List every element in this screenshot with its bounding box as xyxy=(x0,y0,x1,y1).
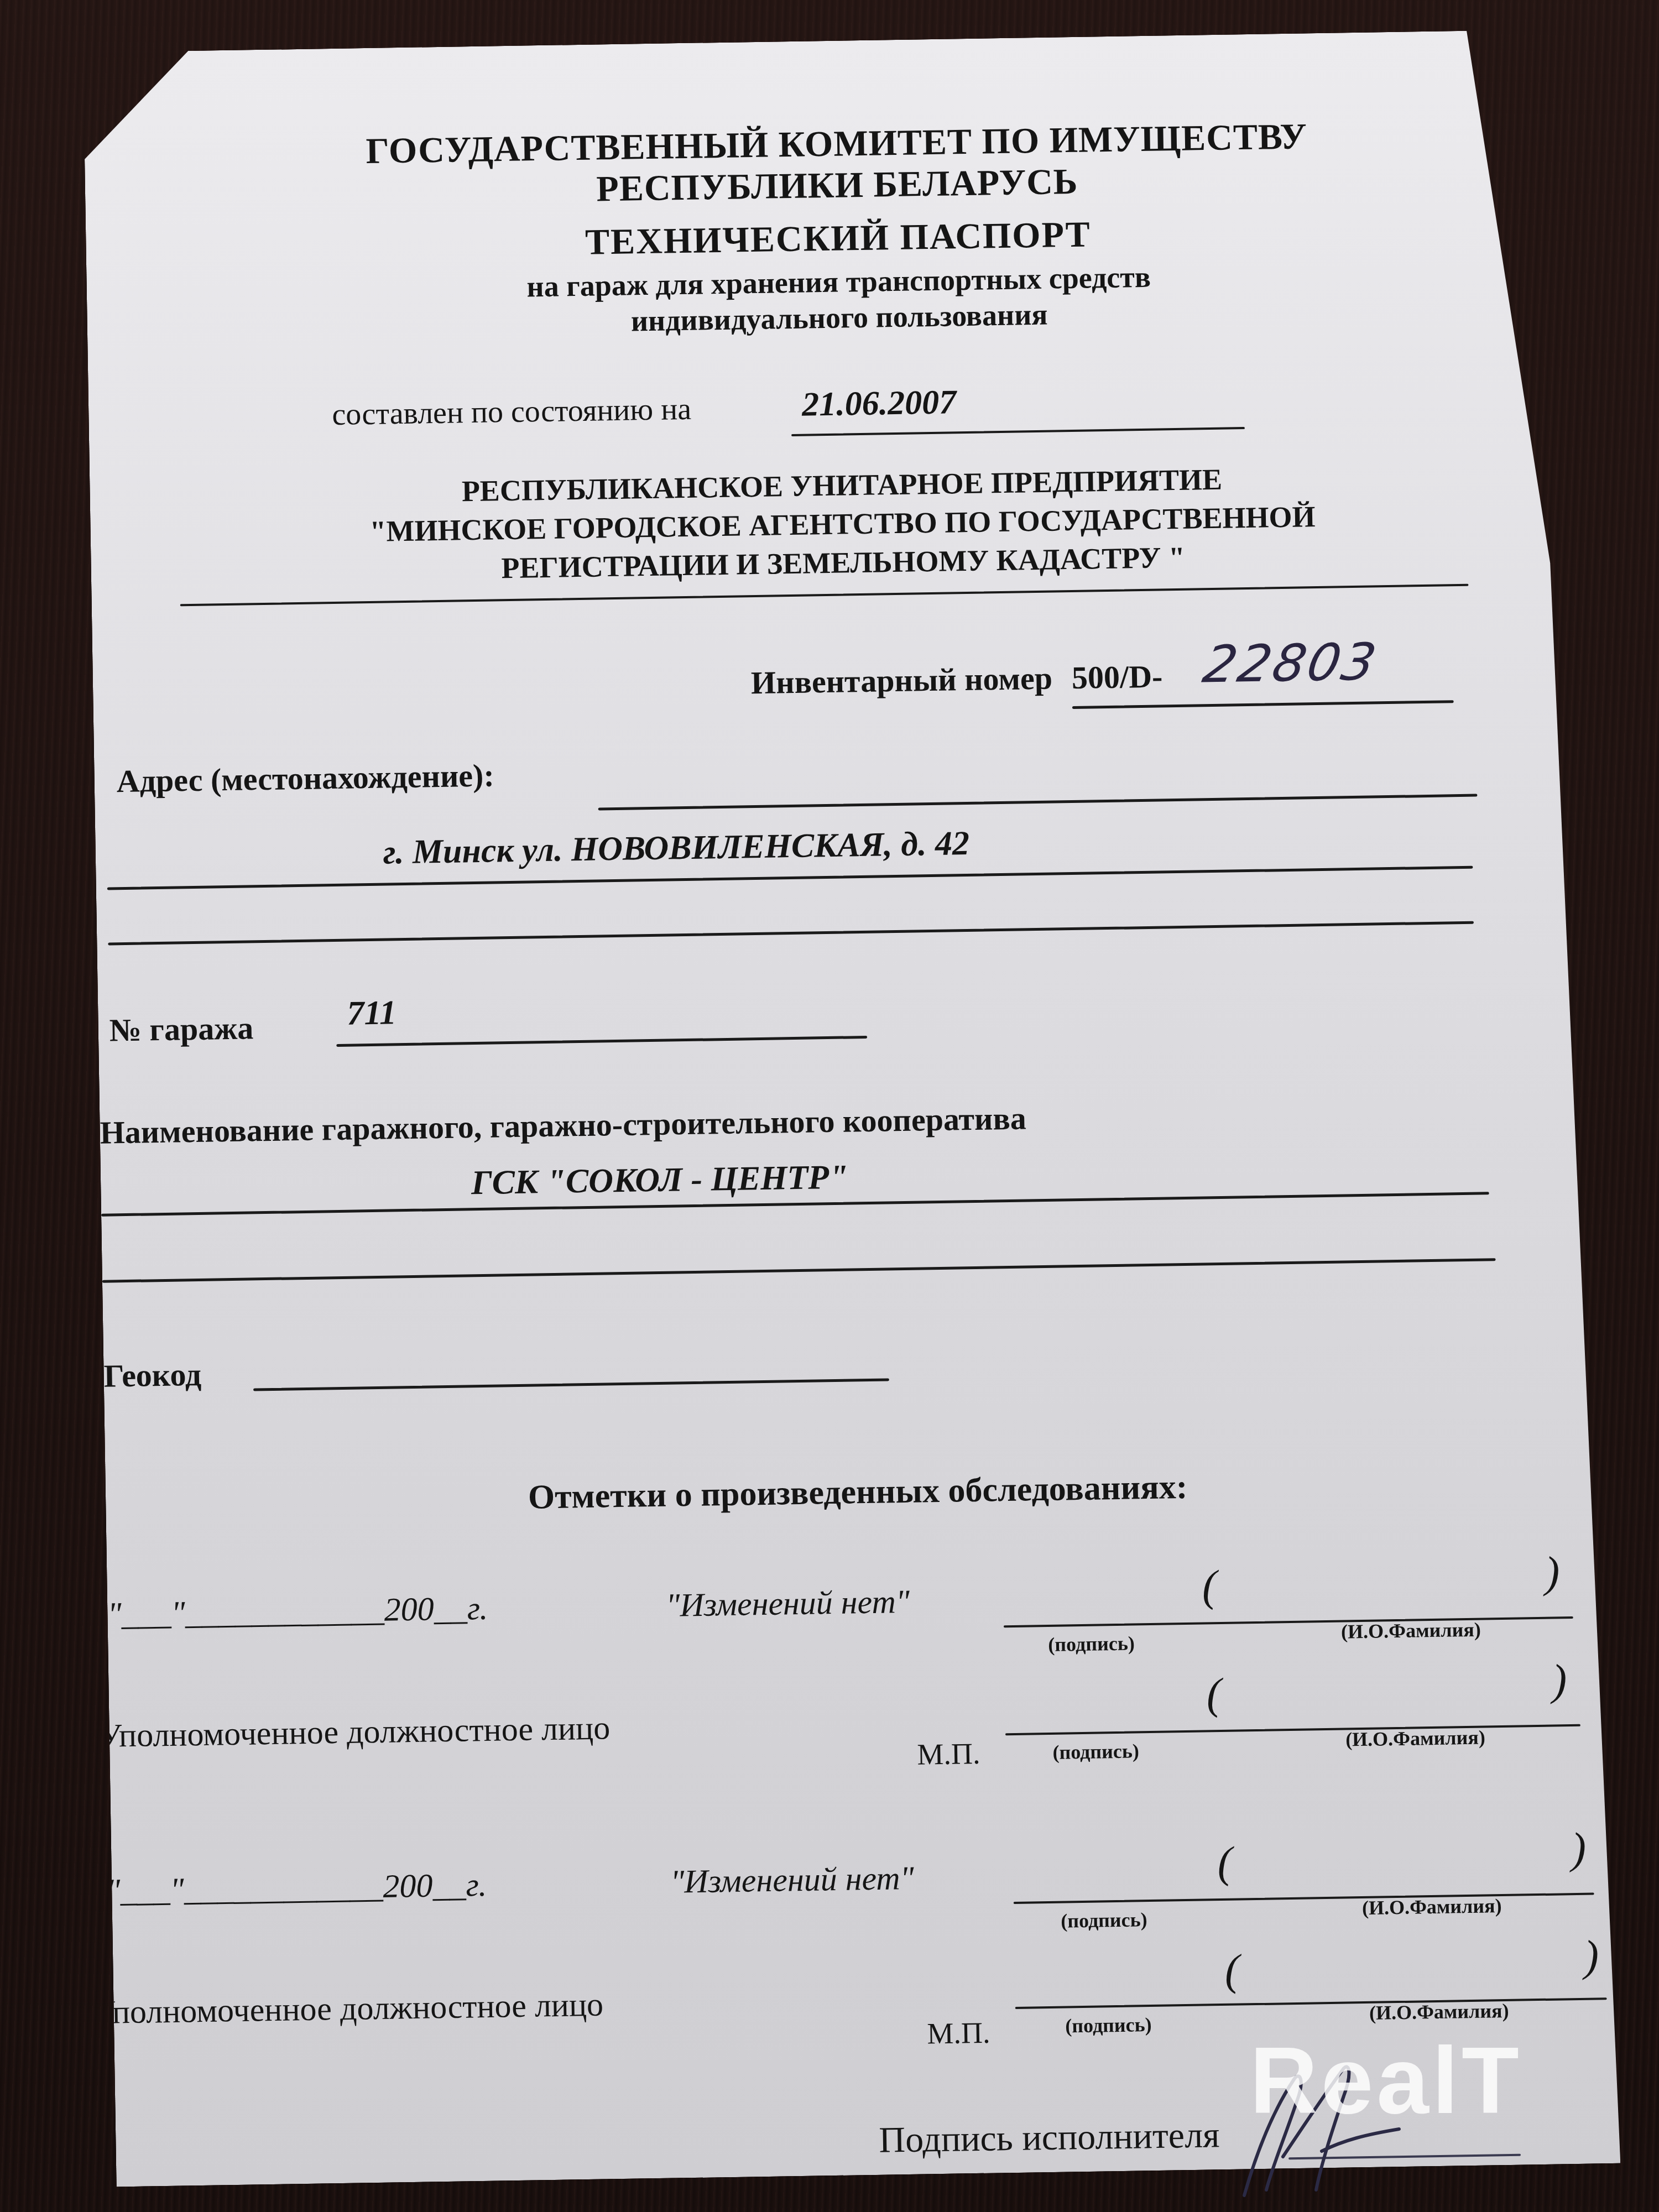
signature-caption: (подпись) xyxy=(1052,1739,1139,1764)
open-paren: ( xyxy=(1202,1561,1217,1611)
close-paren: ) xyxy=(1545,1547,1560,1598)
realt-watermark-logo: RealT xyxy=(1250,2027,1522,2135)
compiled-date-underline xyxy=(791,427,1245,436)
address-value: г. Минск ул. НОВОВИЛЕНСКАЯ, д. 42 xyxy=(383,824,969,873)
cooperative-label: Наименование гаражного, гаражно-строител… xyxy=(100,1099,1026,1151)
geocode-underline xyxy=(253,1378,889,1391)
open-paren: ( xyxy=(1224,1945,1240,1996)
geocode-label: Геокод xyxy=(103,1356,202,1395)
signature-caption: (подпись) xyxy=(1061,1908,1147,1932)
compiled-date: 21.06.2007 xyxy=(802,383,957,424)
name-caption: (И.О.Фамилия) xyxy=(1369,1999,1509,2025)
signature-caption: (подпись) xyxy=(1065,2013,1152,2037)
inventory-underline xyxy=(1072,700,1454,709)
inspection-status: "Изменений нет" xyxy=(666,1583,910,1625)
open-paren: ( xyxy=(1217,1838,1233,1888)
garage-number-underline xyxy=(336,1036,867,1047)
name-caption: (И.О.Фамилия) xyxy=(1345,1726,1485,1751)
inventory-prefix: 500/D- xyxy=(1071,658,1162,696)
official-label: Уполномоченное должностное лицо xyxy=(98,1709,610,1755)
name-caption: (И.О.Фамилия) xyxy=(1362,1894,1502,1919)
inventory-label: Инвентарный номер xyxy=(751,660,1053,702)
inspection-entry: "___"____________200__г. "Изменений нет"… xyxy=(83,29,1587,53)
name-caption: (И.О.Фамилия) xyxy=(1341,1618,1481,1644)
executor-signature-label: Подпись исполнителя xyxy=(879,2114,1220,2162)
official-signature-line xyxy=(1015,1997,1607,2009)
inspection-status: "Изменений нет" xyxy=(670,1859,915,1901)
inspection-entry: "___"____________200__г. "Изменений нет"… xyxy=(83,29,1587,53)
signature-caption: (подпись) xyxy=(1048,1631,1135,1656)
close-paren: ) xyxy=(1552,1655,1567,1705)
compiled-label: составлен по состоянию на xyxy=(332,392,692,432)
official-signature-line xyxy=(1005,1724,1580,1735)
stamp-label: М.П. xyxy=(927,2016,990,2051)
address-line3 xyxy=(108,921,1474,946)
inspections-title: Отметки о произведенных обследованиях: xyxy=(106,1461,1610,1524)
inspection-date-template: "___"____________200__г. xyxy=(107,1589,488,1634)
document-page: ГОСУДАРСТВЕННЫЙ КОМИТЕТ ПО ИМУЩЕСТВУ РЕС… xyxy=(83,29,1620,2187)
address-line1 xyxy=(598,794,1478,811)
open-paren: ( xyxy=(1206,1669,1222,1719)
cooperative-line2 xyxy=(102,1258,1496,1283)
close-paren: ) xyxy=(1584,1931,1599,1981)
address-line2 xyxy=(107,866,1473,890)
garage-number-label: № гаража xyxy=(109,1009,253,1048)
inventory-number-handwritten: 22803 xyxy=(1198,632,1383,694)
inspection-signature-line xyxy=(1004,1616,1573,1627)
cooperative-value: ГСК "СОКОЛ - ЦЕНТР" xyxy=(471,1158,848,1203)
official-label: Уполномоченное должностное лицо xyxy=(91,1986,603,2032)
address-label: Адрес (местонахождение): xyxy=(116,757,494,800)
garage-number-value: 711 xyxy=(347,993,397,1033)
inspection-signature-line xyxy=(1014,1892,1594,1903)
inspection-date-template: "___"____________200__г. xyxy=(106,1866,487,1910)
stamp-label: М.П. xyxy=(917,1736,980,1772)
close-paren: ) xyxy=(1571,1824,1587,1874)
